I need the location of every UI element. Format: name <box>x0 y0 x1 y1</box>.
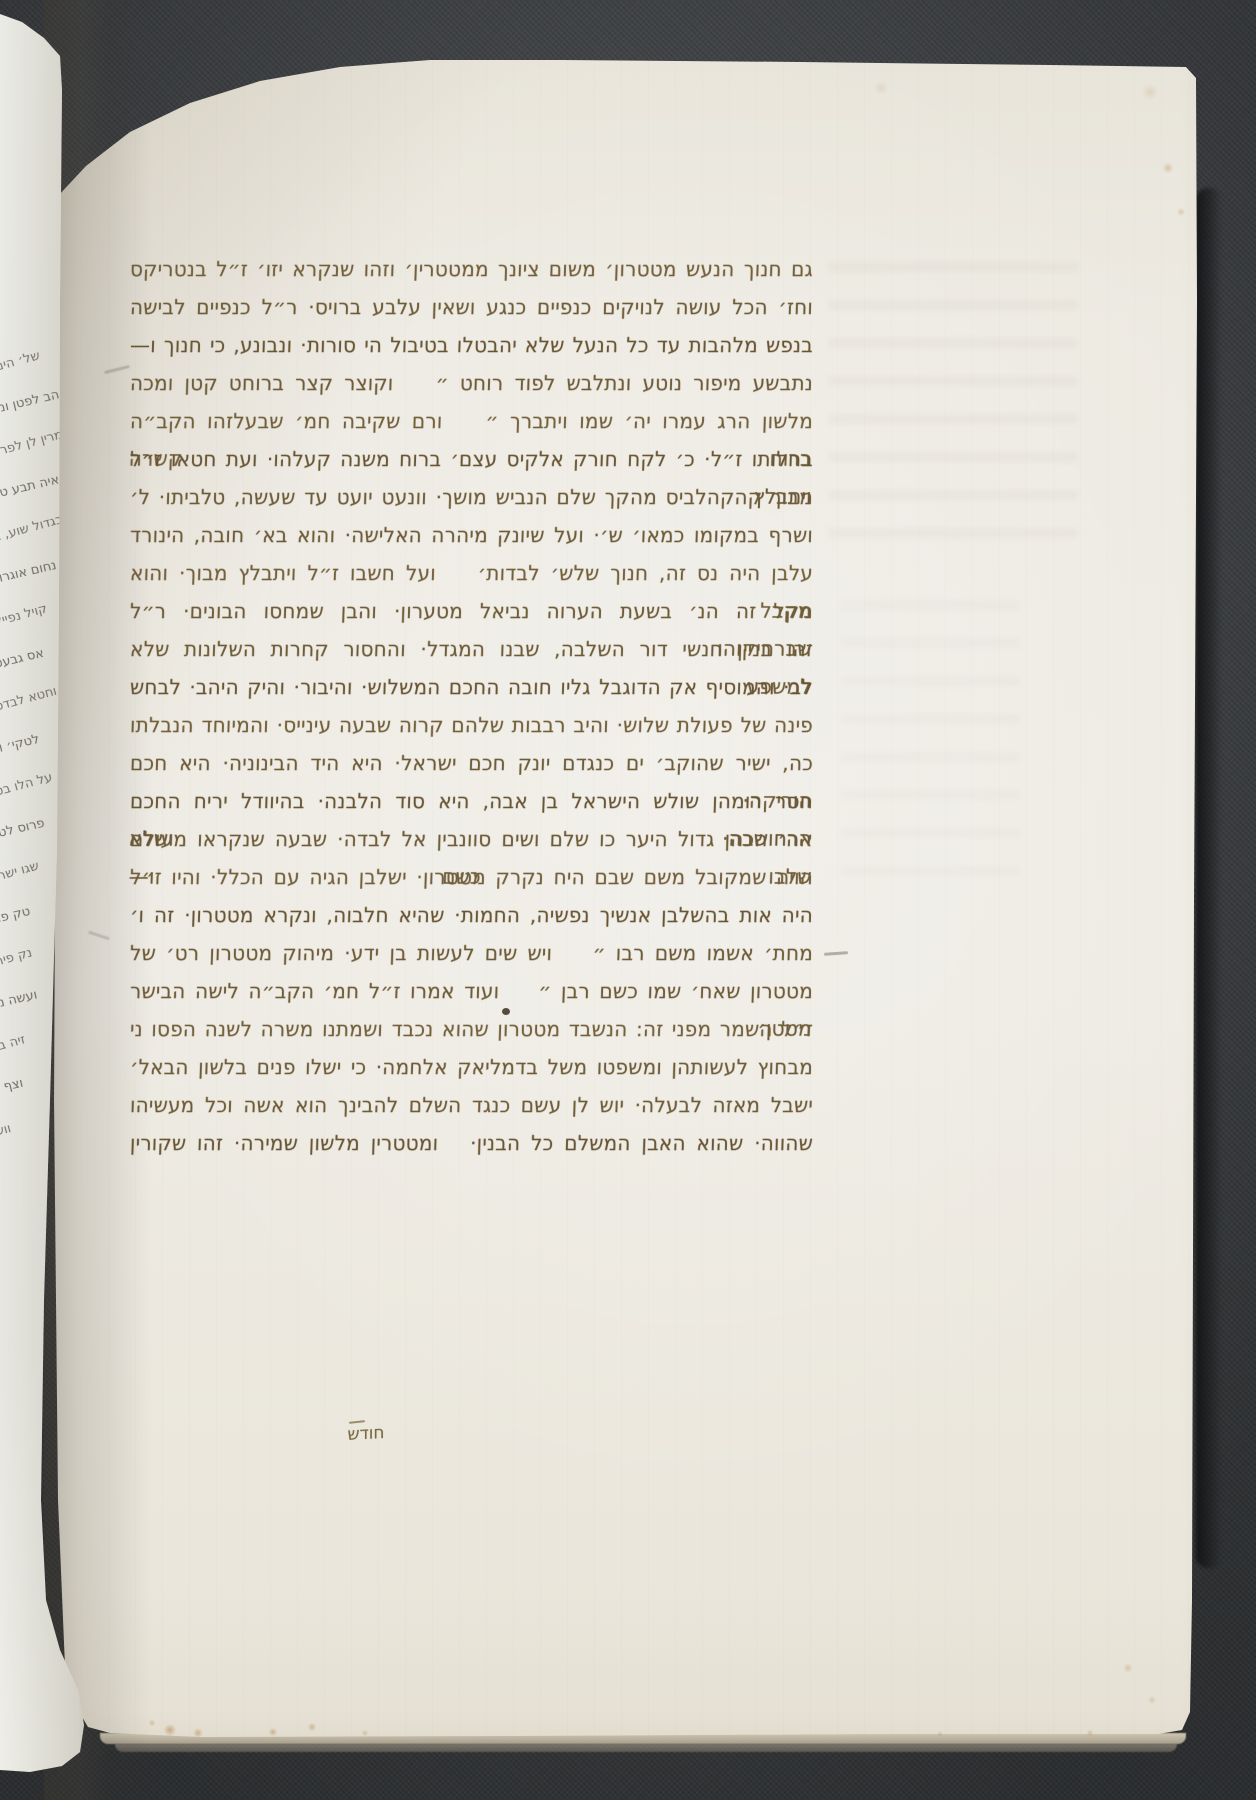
text-line: מקל זה הנ׳ בשעת הערוה נביאל מטערון· והבן… <box>129 592 813 632</box>
adjacent-page-text-fragment: בגדול שוע, בד <box>0 512 65 545</box>
adjacent-page-text-fragment: נחום אוגרות <box>0 557 61 587</box>
text-line: מבחוץ לעשותהן ומשפטו משל בדמליאק אלחמה· … <box>129 1048 813 1088</box>
catchword: חודש <box>330 1422 402 1446</box>
adjacent-page-text-fragment: מרין לן לפרט׳ <box>0 427 65 460</box>
text-line: מבוך קהקהלביס מהקך שלם הנביש מושך· וונעט… <box>129 478 813 518</box>
text-line: מטטרון שאח׳ שמו כשם רבן ״ ועוד אמרו ז״ל … <box>129 972 813 1012</box>
text-line: וחז׳ הכל עושה לנויקים כנפיים כנגע ושאין … <box>129 288 813 328</box>
adjacent-page-text-fragment: ועשה נא <box>0 982 61 1012</box>
text-line: ישבל מאזה לבעלה· יוש לן עשם כנגד השלם לה… <box>129 1086 813 1126</box>
text-line: גם חנוך הנעש מטטרון׳ משום ציונך ממטטרין׳… <box>129 250 813 290</box>
adjacent-page-text-fragment: של׳ הים <box>0 342 65 375</box>
text-line: הויה שמקובל משם שבם היח נקרק מטטרון· ישל… <box>129 858 813 898</box>
text-line: בחלותו ז״ל· כ׳ לקח חורק אלקיס עצם׳ ברוח … <box>129 440 813 480</box>
text-line: פינה של פעולת שלוש· והיב רבבות שלהם קרוה… <box>129 706 813 746</box>
text-line: ושרף במקומו כמאו׳ ש׳· ועל שיונק מיהרה הא… <box>129 516 813 556</box>
adjacent-page-text-fragment: וחטא לבדס <box>0 682 65 715</box>
adjacent-page-text-fragment: פרוס לטב <box>0 812 61 842</box>
text-line: היה אות בהשלבן אנשיך נפשיה, החמות· שהיא … <box>129 896 813 936</box>
text-line: חסר רומהן שולש הישראל בן אבה, היא סוד הל… <box>129 782 813 822</box>
adjacent-page-text-fragment: וצף ק <box>0 1067 61 1097</box>
adjacent-page-text-fragment: לטקי׳ וה <box>0 727 61 757</box>
text-line: כה, ישיר שהוקב׳ ים כנגדם יונק חכם ישראל·… <box>129 744 813 784</box>
text-line: עלבן היה נס זה, חנוך שלש׳ לבדות׳ ועל חשב… <box>129 554 813 594</box>
adjacent-page-text-fragment: אס גבעטו <box>0 642 61 672</box>
text-line: בנפש מלהבות עד כל הנעל שלא יהבטלו בטיבול… <box>129 326 813 366</box>
adjacent-page-text-fragment: טק פרי <box>0 897 61 927</box>
ink-blot <box>502 1008 510 1015</box>
photograph-of-manuscript: גם חנוך הנעש מטטרון׳ משום ציונך ממטטרין׳… <box>0 0 1256 1800</box>
text-line: ז״ל השמר מפני זה: הנשבד מטטרון שהוא נכבד… <box>129 1010 813 1050</box>
book-fore-edge-shadow <box>1196 188 1222 1568</box>
main-text-block: גם חנוך הנעש מטטרון׳ משום ציונך ממטטרין׳… <box>130 251 813 1163</box>
text-line: נתבשע מיפור נוטע ונתלבש לפוד רוחט ״ וקוצ… <box>129 364 813 404</box>
text-line: אה׳ הכהן גדול היער כו שלם ושים סוונבין א… <box>129 820 813 860</box>
adjacent-page-text-fragment: קויל נפייל <box>0 597 65 630</box>
text-line: לב· והמוסיף אק הדוגבל גליו חובה החכם המש… <box>129 668 813 708</box>
adjacent-page-text-fragment: שגו ישרו <box>0 852 65 885</box>
page-stack-edge <box>115 1744 1177 1752</box>
text-line: מלשון הרג עמרו יה׳ שמו ויתברך ״ ורם שקיב… <box>129 402 813 442</box>
text-line: שהווה· שהוא האבן המשלם כל הבנין· ומטטרין… <box>129 1124 813 1164</box>
text-line: זהו בניין חנשי דור השלבה, שבנו המגדל· וה… <box>129 630 813 670</box>
adjacent-page-text-fragment: הב לפטן ומהו <box>0 387 61 417</box>
text-line: מחת׳ אשמו משם רבו ״ ויש שים לעשות בן ידע… <box>129 934 813 974</box>
adjacent-page-text-fragment: איה תבע טלבד <box>0 472 61 502</box>
adjacent-page-text-fragment: על הלו בט <box>0 767 65 800</box>
